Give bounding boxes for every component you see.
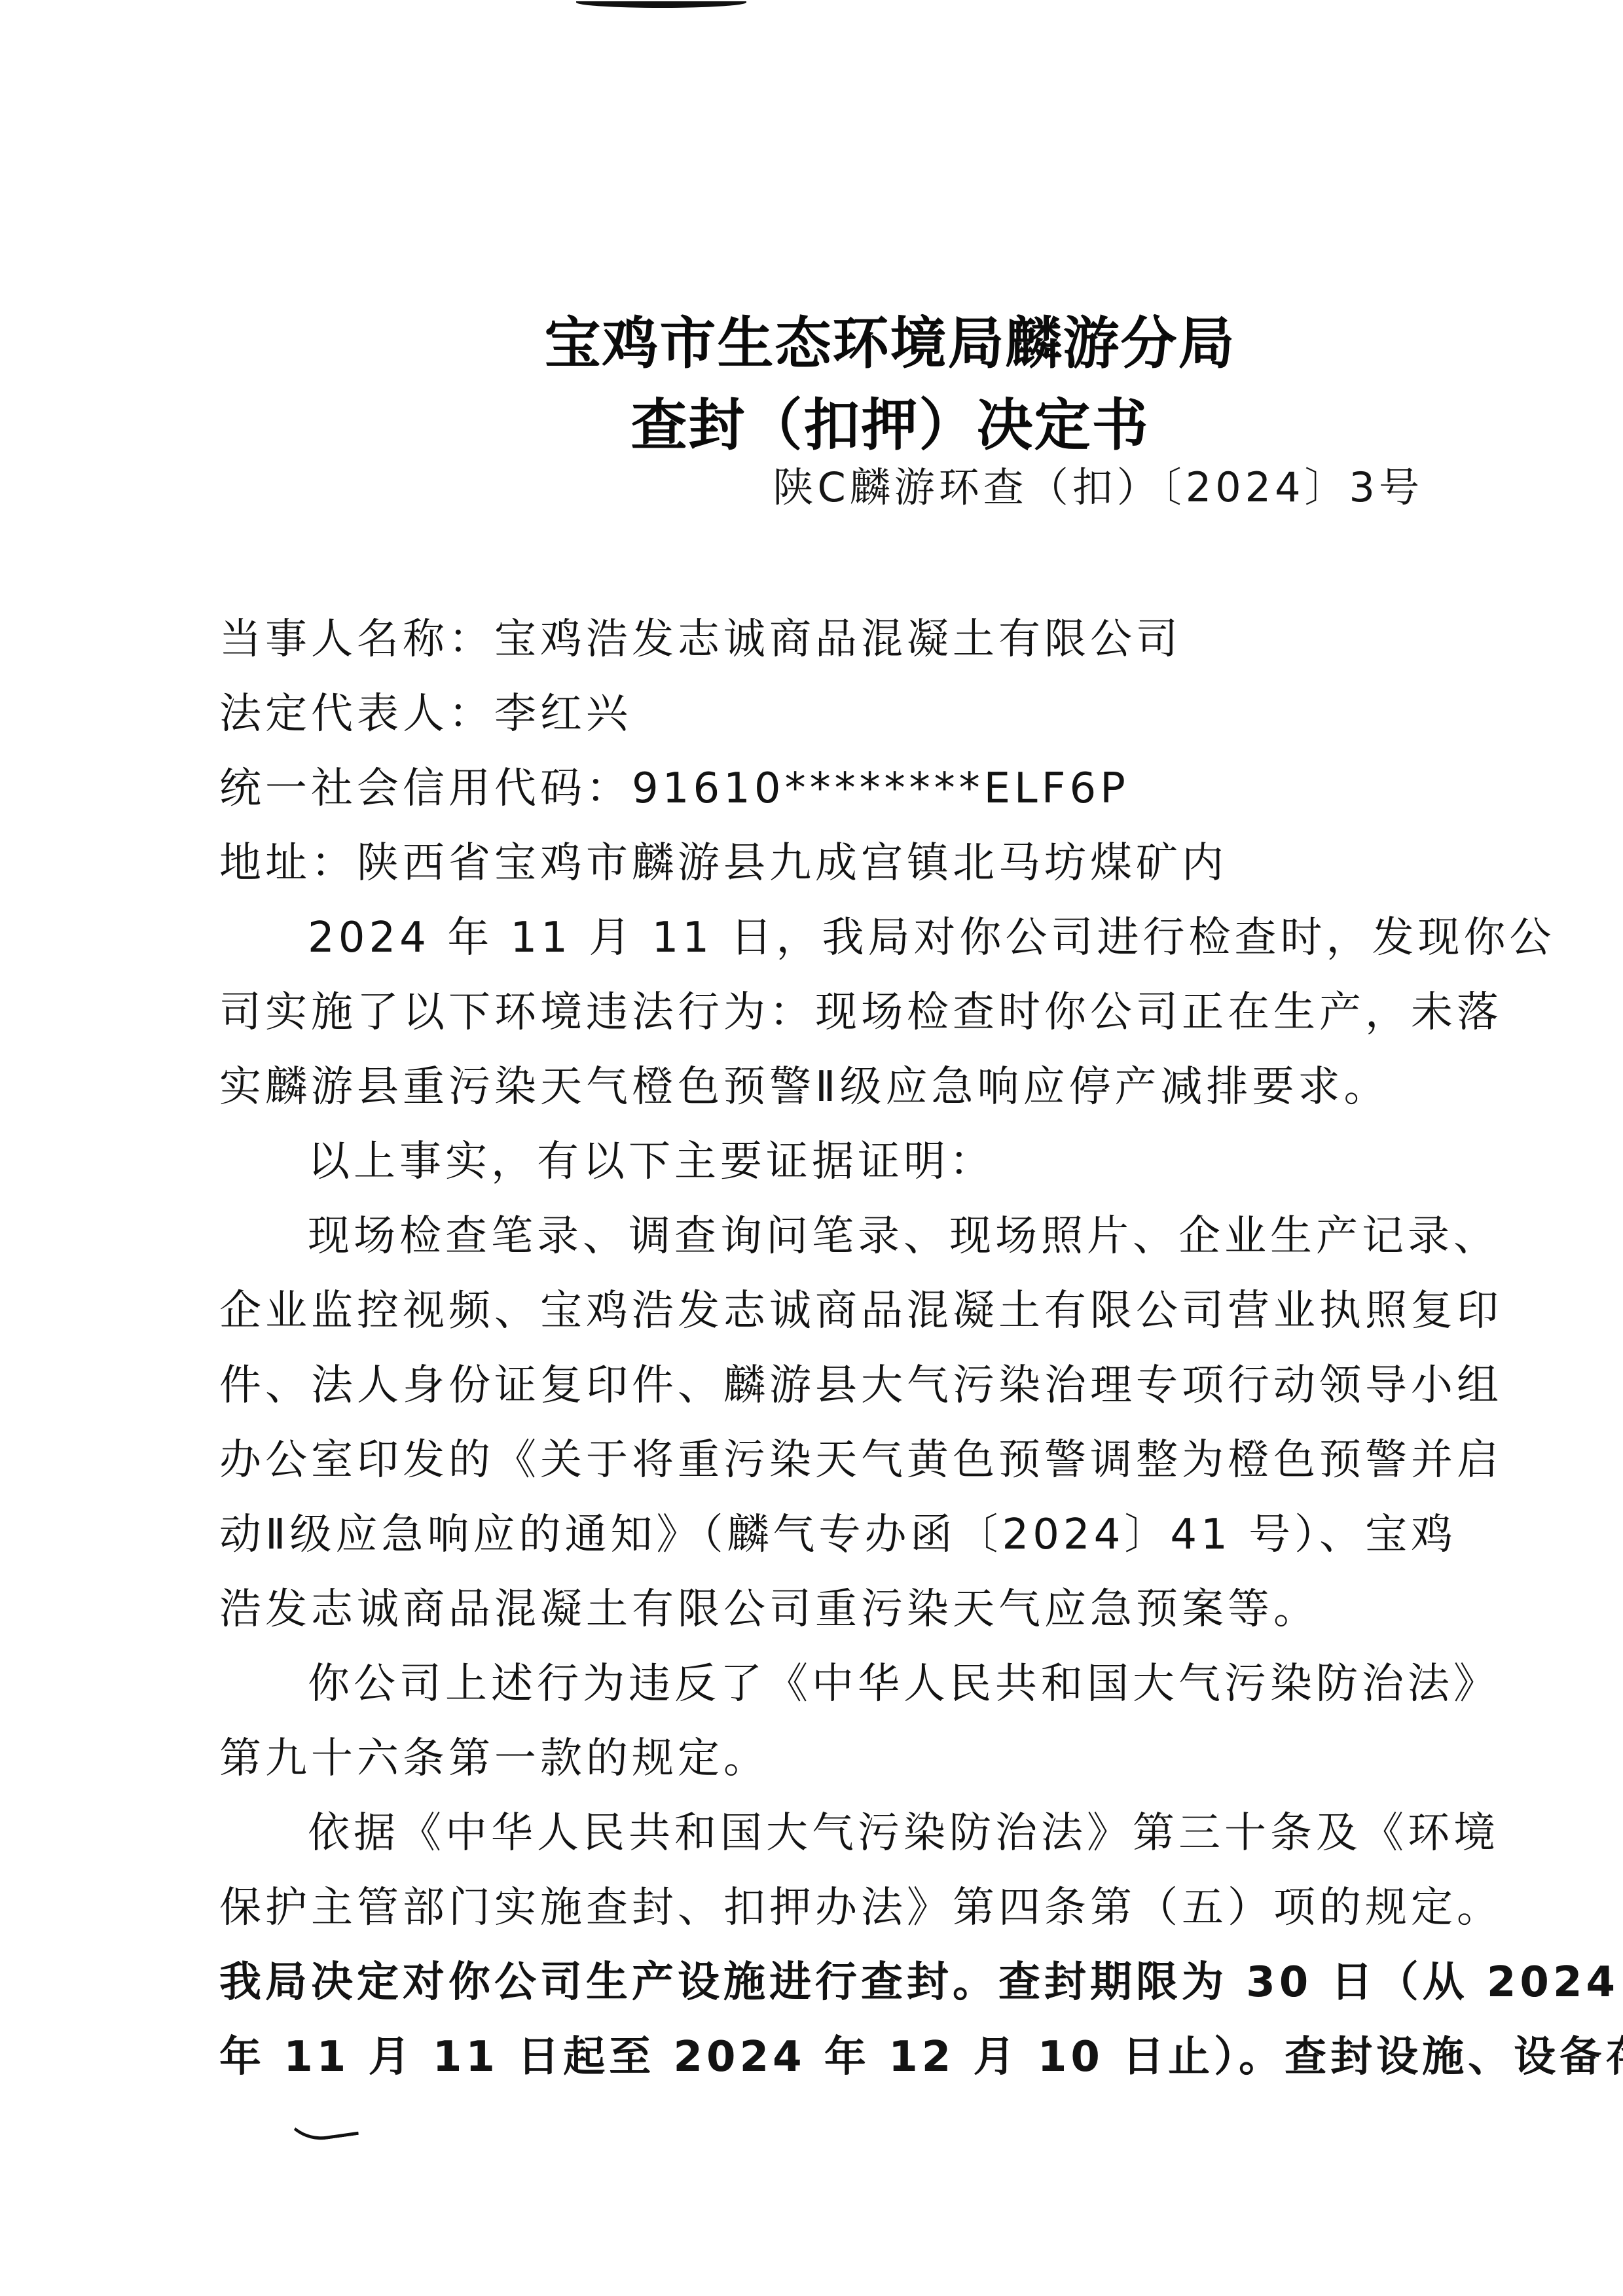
body-line: 依据《中华人民共和国大气污染防治法》第三十条及《环境: [308, 1804, 1424, 1863]
address-row: 地址：陕西省宝鸡市麟游县九成宫镇北马坊煤矿内: [219, 834, 1424, 893]
document-number: 陕C麟游环查（扣）〔2024〕3号: [773, 455, 1423, 513]
legal-rep-row: 法定代表人：李红兴: [219, 685, 1424, 744]
body-line: 浩发志诚商品混凝土有限公司重污染天气应急预案等。: [219, 1580, 1424, 1639]
body-line: 实麟游县重污染天气橙色预警Ⅱ级应急响应停产减排要求。: [219, 1058, 1424, 1117]
body-line: 保护主管部门实施查封、扣押办法》第四条第（五）项的规定。: [219, 1878, 1424, 1937]
legal-rep-label: 法定代表人：: [219, 690, 494, 738]
body-line: 办公室印发的《关于将重污染天气黄色预警调整为橙色预警并启: [219, 1431, 1424, 1490]
address-value: 陕西省宝鸡市麟游县九成宫镇北马坊煤矿内: [357, 839, 1228, 888]
legal-rep-value: 李红兴: [494, 690, 632, 738]
document-title-agency: 宝鸡市生态环境局麟游分局: [79, 298, 1623, 379]
document-title-type: 查封（扣押）决定书: [79, 380, 1623, 461]
handwritten-mark: [279, 2092, 359, 2145]
credit-code-row: 统一社会信用代码：91610********ELF6P: [219, 759, 1424, 818]
credit-code-value: 91610********ELF6P: [632, 764, 1129, 813]
body-line: 企业监控视频、宝鸡浩发志诚商品混凝土有限公司营业执照复印: [219, 1282, 1424, 1340]
scan-edge-mark: [576, 1, 746, 8]
credit-code-label: 统一社会信用代码：: [219, 764, 632, 813]
body-line: 司实施了以下环境违法行为：现场检查时你公司正在生产，未落: [219, 983, 1424, 1042]
party-name-value: 宝鸡浩发志诚商品混凝土有限公司: [494, 615, 1182, 664]
body-line: 现场检查笔录、调查询问笔录、现场照片、企业生产记录、: [308, 1207, 1424, 1266]
body-line: 以上事实，有以下主要证据证明：: [308, 1132, 1424, 1191]
body-line: 件、法人身份证复印件、麟游县大气污染治理专项行动领导小组: [219, 1356, 1424, 1415]
body-line: 动Ⅱ级应急响应的通知》（麟气专办函〔2024〕41 号）、宝鸡: [219, 1505, 1424, 1564]
body-line: 你公司上述行为违反了《中华人民共和国大气污染防治法》: [308, 1655, 1424, 1713]
party-name-label: 当事人名称：: [219, 615, 494, 664]
body-line: 我局决定对你公司生产设施进行查封。查封期限为 30 日（从 2024: [219, 1953, 1424, 2012]
body-line: 第九十六条第一款的规定。: [219, 1729, 1424, 1788]
address-label: 地址：: [219, 839, 357, 888]
body-line: 2024 年 11 月 11 日，我局对你公司进行检查时，发现你公: [308, 908, 1424, 967]
party-name-row: 当事人名称：宝鸡浩发志诚商品混凝土有限公司: [219, 610, 1424, 669]
body-line: 年 11 月 11 日起至 2024 年 12 月 10 日止）。查封设施、设备…: [219, 2028, 1424, 2087]
